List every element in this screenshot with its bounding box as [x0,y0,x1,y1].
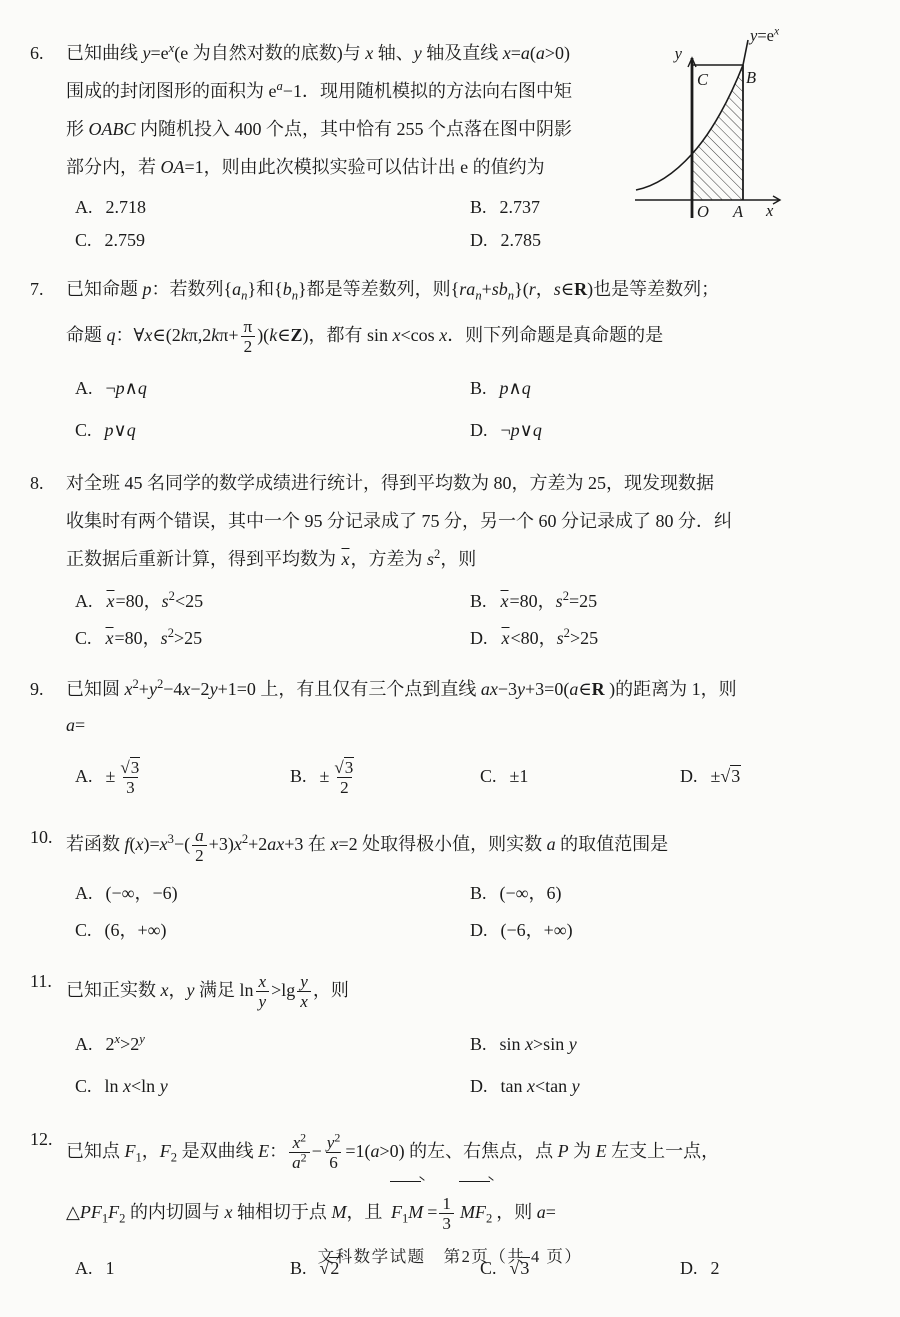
option-text: tan x<tan y [501,1065,580,1107]
curve-equation-label: y=ex [750,26,779,46]
question-9-options-row: A. ±√33 B. ±√32 C. ±1 D. ±√3 [66,747,882,805]
option-label: A. [75,191,93,224]
question-6-line-4: 部分内，若 OA=1，则由此次模拟实验可以估计出 e 的值约为 [66,148,641,186]
question-7-option-d: D. ¬p∨q [470,409,542,451]
question-10-number: 10. [30,818,66,949]
question-6-line-3: 形 OABC 内随机投入 400 个点，其中恰有 255 个点落在图中阴影 [66,110,641,148]
question-9-number: 9. [30,670,66,805]
question-7-option-a: A. ¬p∧q [75,367,470,409]
question-6-number: 6. [30,34,66,257]
option-text: (−6，+∞) [501,912,573,949]
option-label: C. [75,912,92,949]
option-label: B. [470,875,487,912]
option-label: A. [75,875,93,912]
question-6-option-d: D. 2.785 [470,224,541,257]
question-8-line-2: 收集时有两个错误，其中一个 95 分记录成了 75 分，另一个 60 分记录成了… [66,502,882,540]
option-text: ln x<ln y [105,1065,168,1107]
question-10-option-a: A. (−∞，−6) [75,875,470,912]
option-text: x=80，s2=25 [500,583,598,620]
option-text: (−∞，−6) [106,875,178,912]
question-6-line-2: 围成的封闭图形的面积为 ea−1．现用随机模拟的方法向右图中矩 [66,72,641,110]
question-6-option-a: A. 2.718 [75,191,470,224]
question-11-option-c: C. ln x<ln y [75,1065,470,1107]
option-text: ±1 [510,747,529,805]
question-7-options-row-1: A. ¬p∧q B. p∧q [66,367,882,409]
option-label: B. [470,191,487,224]
question-12-line-2: △PF1F2 的内切圆与 x 轴相切于点 M，且 F1M=13MF2，则 a= [66,1182,882,1242]
question-6: 6. 已知曲线 y=ex(e 为自然对数的底数)与 x 轴、y 轴及直线 x=a… [30,34,882,257]
question-6-option-c: C. 2.759 [75,224,470,257]
question-6-line-1: 已知曲线 y=ex(e 为自然对数的底数)与 x 轴、y 轴及直线 x=a(a>… [66,34,641,72]
question-10: 10. 若函数 f(x)=x3−(a2+3)x2+2ax+3 在 x=2 处取得… [30,818,882,949]
question-11-options-row-2: C. ln x<ln y D. tan x<tan y [66,1065,882,1107]
option-label: B. [290,747,307,805]
origin-label: O [697,202,709,221]
option-label: D. [470,620,488,657]
question-7-line-2: 命题 q：∀x∈(2kπ,2kπ+π2)(k∈Z)，都有 sin x<cos x… [66,308,882,362]
option-text: x=80，s2>25 [105,620,203,657]
question-10-option-d: D. (−6，+∞) [470,912,573,949]
option-text: 2.785 [501,224,542,257]
question-11: 11. 已知正实数 x，y 满足 lnxy>lgyx，则 A. 2x>2y B.… [30,962,882,1107]
option-text: ¬p∨q [501,409,542,451]
question-8-line-1: 对全班 45 名同学的数学成绩进行统计，得到平均数为 80，方差为 25，现发现… [66,464,882,502]
option-label: C. [75,620,92,657]
option-text: p∧q [500,367,531,409]
option-label: C. [75,224,92,257]
exponential-curve-diagram: y C B O A x [630,28,896,228]
option-text: (−∞，6) [500,875,562,912]
question-8-number: 8. [30,464,66,657]
question-10-options-row-1: A. (−∞，−6) B. (−∞，6) [66,875,882,912]
option-label: B. [470,583,487,620]
question-6-option-b: B. 2.737 [470,191,540,224]
question-9-option-c: C. ±1 [480,747,680,805]
question-8: 8. 对全班 45 名同学的数学成绩进行统计，得到平均数为 80，方差为 25，… [30,464,882,657]
question-9-option-b: B. ±√32 [290,747,480,805]
option-label: B. [470,367,487,409]
question-12-line-1: 已知点 F1，F2 是双曲线 E：x2a2−y26=1(a>0) 的左、右焦点，… [66,1120,882,1182]
option-text: ±√33 [106,747,146,805]
question-6-figure: y C B O A x y=ex [630,28,896,238]
question-9-line-2: a= [66,708,882,742]
question-10-options-row-2: C. (6，+∞) D. (−6，+∞) [66,912,882,949]
option-label: A. [75,1023,93,1065]
question-8-options-row-1: A. x=80，s2<25 B. x=80，s2=25 [66,583,882,620]
option-text: ¬p∧q [106,367,147,409]
exam-content: 6. 已知曲线 y=ex(e 为自然对数的底数)与 x 轴、y 轴及直线 x=a… [30,34,882,1302]
question-11-options-row-1: A. 2x>2y B. sin x>sin y [66,1023,882,1065]
option-label: A. [75,367,93,409]
corner-c-label: C [697,70,709,89]
option-label: D. [470,1065,488,1107]
question-11-option-a: A. 2x>2y [75,1023,470,1065]
option-label: D. [680,747,698,805]
option-text: 2.759 [105,224,146,257]
question-8-options-row-2: C. x=80，s2>25 D. x<80，s2>25 [66,620,882,657]
option-text: sin x>sin y [500,1023,577,1065]
option-label: D. [470,224,488,257]
question-11-option-d: D. tan x<tan y [470,1065,580,1107]
option-text: 2.737 [500,191,541,224]
question-8-option-c: C. x=80，s2>25 [75,620,470,657]
question-10-option-b: B. (−∞，6) [470,875,562,912]
question-7-options-row-2: C. p∨q D. ¬p∨q [66,409,882,451]
option-label: C. [75,1065,92,1107]
question-7-option-b: B. p∧q [470,367,531,409]
corner-b-label: B [746,68,756,87]
question-8-option-d: D. x<80，s2>25 [470,620,598,657]
question-9-line-1: 已知圆 x2+y2−4x−2y+1=0 上，有且仅有三个点到直线 ax−3y+3… [66,670,882,708]
question-7-number: 7. [30,270,66,451]
question-11-option-b: B. sin x>sin y [470,1023,577,1065]
question-9-option-a: A. ±√33 [75,747,290,805]
question-7: 7. 已知命题 p：若数列{an}和{bn}都是等差数列，则{ran+sbn}(… [30,270,882,451]
question-9-option-d: D. ±√3 [680,747,741,805]
option-text: x<80，s2>25 [501,620,599,657]
x-axis-label: x [765,201,774,220]
question-7-line-1: 已知命题 p：若数列{an}和{bn}都是等差数列，则{ran+sbn}(r，s… [66,270,882,308]
exam-page: 6. 已知曲线 y=ex(e 为自然对数的底数)与 x 轴、y 轴及直线 x=a… [0,0,900,1317]
option-label: A. [75,583,93,620]
option-label: D. [470,409,488,451]
option-label: B. [470,1023,487,1065]
option-label: C. [480,747,497,805]
option-label: C. [75,409,92,451]
option-text: p∨q [105,409,136,451]
question-7-option-c: C. p∨q [75,409,470,451]
question-8-option-b: B. x=80，s2=25 [470,583,597,620]
option-text: x=80，s2<25 [106,583,204,620]
question-9: 9. 已知圆 x2+y2−4x−2y+1=0 上，有且仅有三个点到直线 ax−3… [30,670,882,805]
question-8-option-a: A. x=80，s2<25 [75,583,470,620]
option-label: D. [470,912,488,949]
question-11-number: 11. [30,962,66,1107]
option-text: (6，+∞) [105,912,167,949]
option-text: 2.718 [106,191,147,224]
question-10-option-c: C. (6，+∞) [75,912,470,949]
question-11-line-1: 已知正实数 x，y 满足 lnxy>lgyx，则 [66,962,882,1018]
option-text: ±√32 [320,747,360,805]
footer-page-number: 文科数学试题 第2页（共 4 页） [0,1243,900,1267]
option-text: 2x>2y [106,1023,145,1065]
question-8-line-3: 正数据后重新计算，得到平均数为 x，方差为 s2，则 [66,540,882,578]
option-label: A. [75,747,93,805]
option-text: ±√3 [711,747,742,805]
point-a-label: A [732,202,744,221]
question-10-line-1: 若函数 f(x)=x3−(a2+3)x2+2ax+3 在 x=2 处取得极小值，… [66,818,882,870]
y-axis-label: y [673,44,683,63]
